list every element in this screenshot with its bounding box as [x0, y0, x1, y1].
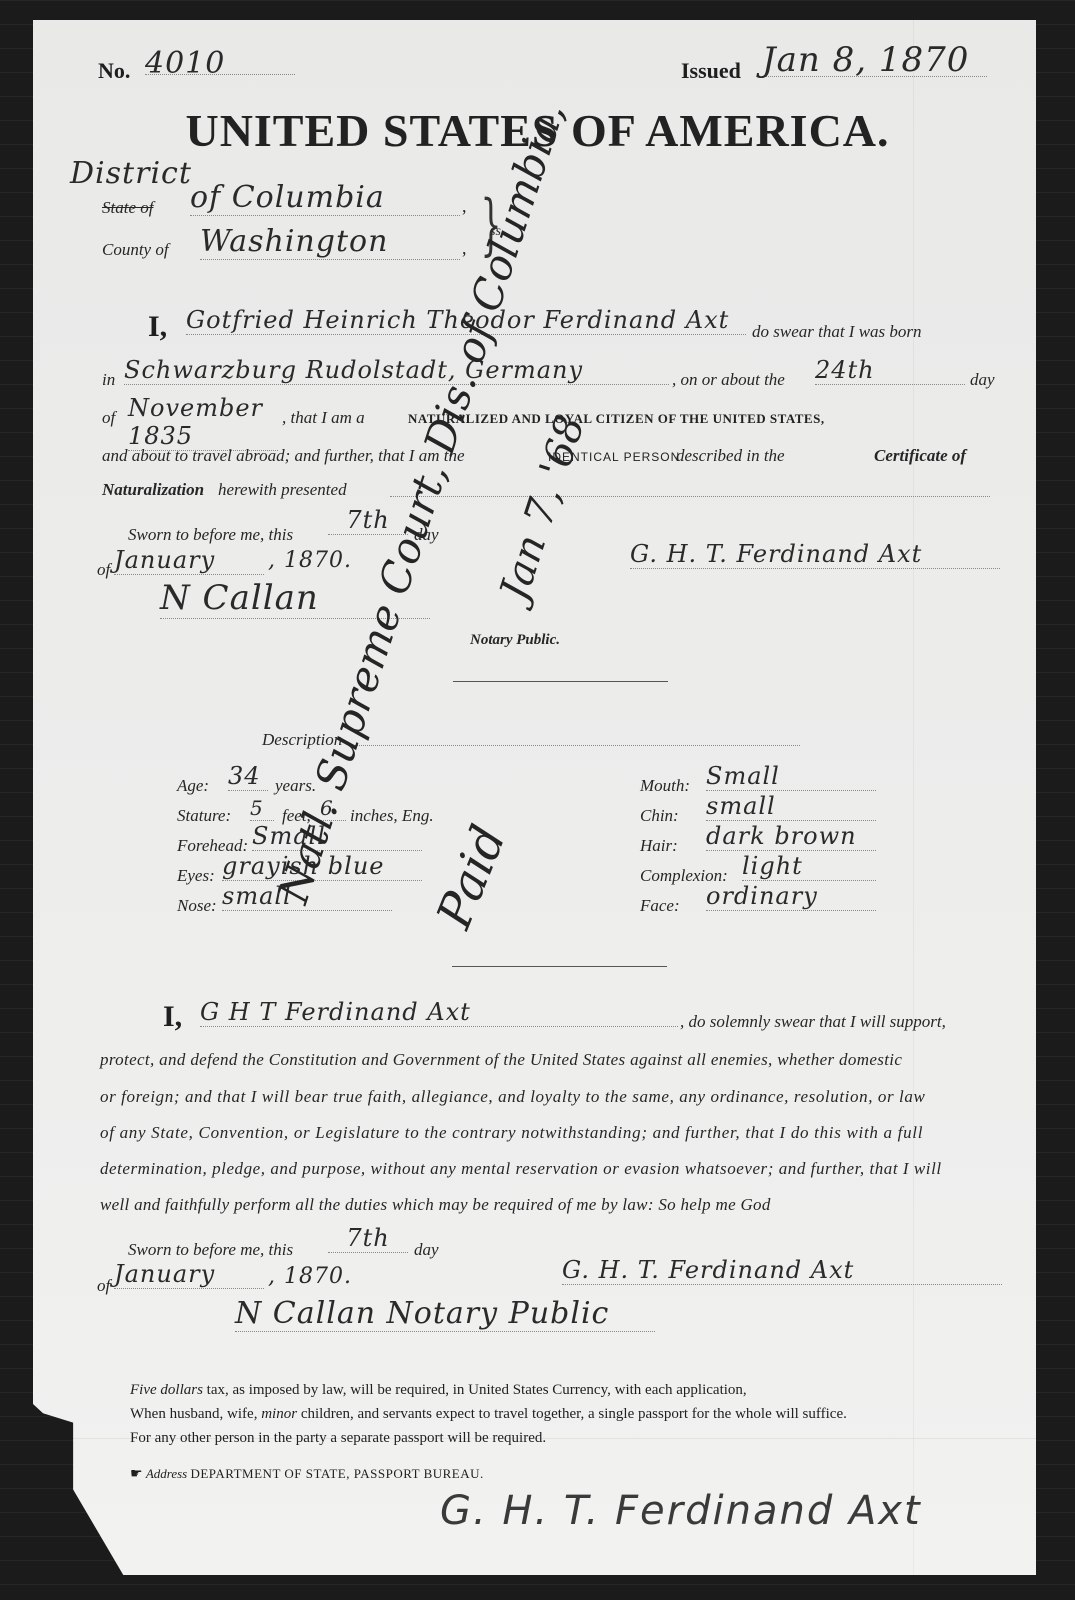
bottom-applicant-signature: G. H. T. Ferdinand Axt: [440, 1488, 922, 1534]
sworn-month-value: January: [114, 1260, 264, 1289]
birthplace-value: Schwarzburg Rudolstadt, Germany: [124, 356, 669, 385]
eyes-label: Eyes:: [177, 866, 215, 886]
oath2-line: protect, and defend the Constitution and…: [100, 1050, 902, 1070]
sworn-label: Sworn to before me, this: [128, 525, 293, 545]
county-value: Washington: [200, 224, 460, 260]
in-label: in: [102, 370, 115, 390]
oath2-line: well and faithfully perform all the duti…: [100, 1195, 771, 1215]
footer-line-1: Five dollars tax, as imposed by law, wil…: [130, 1382, 747, 1399]
five-dollars-text: Five dollars: [130, 1382, 203, 1398]
oath2-line: of any State, Convention, or Legislature…: [100, 1123, 923, 1143]
naturalization-text: Naturalization: [102, 480, 204, 500]
oath1-text: , that I am a: [282, 408, 365, 428]
applicant-signature: G. H. T. Ferdinand Axt: [562, 1256, 1002, 1285]
footer-text: When husband, wife,: [130, 1406, 257, 1422]
minor-text: minor: [261, 1406, 297, 1422]
age-label: Age:: [177, 776, 209, 796]
county-of-label: County of: [102, 240, 169, 260]
footer-text: tax, as imposed by law, will be required…: [207, 1382, 747, 1398]
section-divider: [453, 681, 668, 682]
fold-line-vertical: [913, 20, 914, 1575]
of-label: of: [97, 560, 110, 580]
face-value: ordinary: [706, 882, 876, 911]
hair-value: dark brown: [706, 822, 876, 851]
of-label: of: [102, 408, 115, 428]
chin-value: small: [706, 792, 876, 821]
comma: ,: [462, 196, 467, 217]
oath1-text: herewith presented: [218, 480, 347, 500]
footer-line-3: For any other person in the party a sepa…: [130, 1430, 546, 1447]
day-label: day: [414, 1240, 439, 1260]
description-line: [350, 745, 800, 746]
of-label: of: [97, 1276, 110, 1296]
issued-date: Jan 8, 1870: [762, 40, 987, 77]
face-label: Face:: [640, 896, 680, 916]
sworn-year-value: , 1870.: [268, 548, 352, 573]
issued-label: Issued: [681, 58, 741, 84]
mouth-label: Mouth:: [640, 776, 690, 796]
number-label: No.: [98, 58, 130, 84]
sworn-month-value: January: [114, 546, 264, 575]
stature-label: Stature:: [177, 806, 231, 826]
hair-label: Hair:: [640, 836, 678, 856]
oath2-line: or foreign; and that I will bear true fa…: [100, 1087, 925, 1107]
state-value: of Columbia: [190, 180, 460, 216]
address-text: DEPARTMENT OF STATE, PASSPORT BUREAU.: [190, 1466, 483, 1481]
address-line: ☛ Address DEPARTMENT OF STATE, PASSPORT …: [130, 1466, 484, 1483]
chin-label: Chin:: [640, 806, 679, 826]
sworn-day-value: 7th: [328, 1224, 408, 1253]
oath2-initial-i: I,: [163, 1000, 182, 1034]
sworn-label: Sworn to before me, this: [128, 1240, 293, 1260]
oath2-line: determination, pledge, and purpose, with…: [100, 1159, 942, 1179]
complexion-value: light: [742, 852, 876, 881]
day-label: day: [970, 370, 995, 390]
applicant-signature: G. H. T. Ferdinand Axt: [630, 540, 1000, 569]
certificate-of-text: Certificate of: [874, 446, 966, 466]
footer-text: children, and servants expect to travel …: [301, 1406, 847, 1422]
sworn-year-value: , 1870.: [268, 1264, 352, 1289]
mouth-value: Small: [706, 762, 876, 791]
on-or-about-label: , on or about the: [672, 370, 785, 390]
nose-label: Nose:: [177, 896, 217, 916]
district-handwritten: District: [70, 156, 192, 191]
pointing-hand-icon: ☛: [130, 1467, 143, 1482]
oath1-text: do swear that I was born: [752, 322, 922, 342]
birth-month-year: November 1835: [128, 394, 278, 451]
blank-line: [390, 496, 990, 497]
age-value: 34: [228, 762, 268, 791]
notary-signature: N Callan Notary Public: [235, 1296, 655, 1332]
comma: ,: [462, 238, 467, 259]
application-number: 4010: [145, 46, 295, 75]
state-of-label-struck: State of: [102, 198, 153, 218]
passport-application-page: [33, 20, 1036, 1575]
stature-feet-value: 5: [250, 796, 274, 821]
oath-initial-i: I,: [148, 310, 167, 344]
oath1-text: described in the: [676, 446, 785, 466]
birth-day-value: 24th: [815, 356, 965, 385]
footer-line-2: When husband, wife, minor children, and …: [130, 1406, 847, 1423]
notary-public-label: Notary Public.: [470, 632, 560, 649]
oath2-line: , do solemnly swear that I will support,: [680, 1012, 946, 1032]
address-label: Address: [146, 1466, 187, 1481]
oath2-applicant-name: G H T Ferdinand Axt: [200, 998, 678, 1027]
section-divider: [452, 966, 667, 967]
